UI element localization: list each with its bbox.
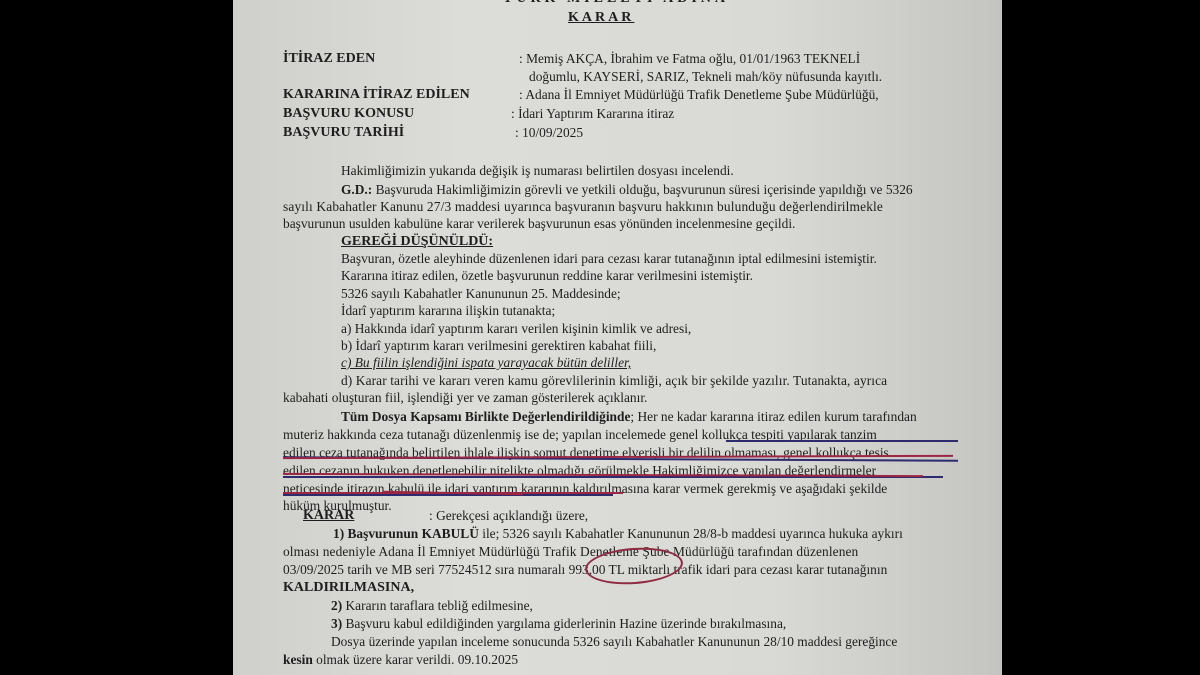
field-label-basvuru-konusu: BAŞVURU KONUSU (283, 106, 414, 122)
gd-label: G.D.: (341, 182, 372, 197)
ink-underline (283, 494, 613, 496)
field-value-itiraz-eden: : Memiş AKÇA, İbrahim ve Fatma oğlu, 01/… (519, 51, 860, 67)
gd-heading: GEREĞİ DÜŞÜNÜLDÜ: (341, 234, 493, 250)
closing-line-1: Dosya üzerinde yapılan inceleme sonucund… (331, 634, 897, 650)
body-line: kabahati oluşturan fiil, işlendiği yer v… (283, 390, 647, 406)
assessment-label: Tüm Dosya Kapsamı Birlikte Değerlendiril… (341, 409, 630, 424)
document-page: TÜRK MİLLETİ ADINA KARAR İTİRAZ EDEN : M… (233, 0, 1002, 675)
field-value-basvuru-tarihi: : 10/09/2025 (515, 125, 583, 141)
closing-line-2: kesin olmak üzere karar verildi. 09.10.2… (283, 652, 518, 668)
gd-line-3: başvurunun usulden kabulüne karar verile… (283, 216, 795, 232)
body-line: d) Karar tarihi ve kararı veren kamu gör… (341, 373, 887, 389)
header-top: TÜRK MİLLETİ ADINA (503, 0, 729, 7)
assessment-line-1: Tüm Dosya Kapsamı Birlikte Değerlendiril… (341, 409, 917, 425)
field-value-basvuru-konusu: : İdari Yaptırım Kararına itiraz (511, 106, 674, 122)
body-line: c) Bu fiilin işlendiğini ispata yarayaca… (341, 355, 631, 371)
kaldirilmasina: KALDIRILMASINA, (283, 580, 414, 596)
kabulu: KABULÜ (422, 526, 479, 541)
ink-underline (726, 440, 958, 442)
body-line: Başvuran, özetle aleyhinde düzenlenen id… (341, 251, 877, 267)
gd-line-2: sayılı Kabahatler Kanunu 27/3 maddesi uy… (283, 199, 883, 215)
body-line: İdarî yaptırım kararına ilişkin tutanakt… (341, 303, 555, 319)
document-title: KARAR (568, 10, 634, 26)
karar-label: KARAR (303, 508, 354, 524)
field-label-itiraz-eden: İTİRAZ EDEN (283, 51, 375, 67)
body-line: b) İdarî yaptırım kararı verilmesini ger… (341, 338, 656, 354)
gd-paragraph: G.D.: Başvuruda Hakimliğimizin görevli v… (341, 182, 913, 198)
field-value-itiraz-eden-cont: doğumlu, KAYSERİ, SARIZ, Tekneli mah/köy… (529, 69, 882, 85)
body-line: Kararına itiraz edilen, özetle başvurunu… (341, 268, 753, 284)
field-value-itiraz-edilen: : Adana İl Emniyet Müdürlüğü Trafik Dene… (519, 87, 879, 103)
item-3: 3) Başvuru kabul edildiğinden yargılama … (331, 616, 786, 632)
intro-text: Hakimliğimizin yukarıda değişik iş numar… (341, 163, 734, 179)
field-label-itiraz-edilen: KARARINA İTİRAZ EDİLEN (283, 87, 470, 103)
field-label-basvuru-tarihi: BAŞVURU TARİHİ (283, 125, 404, 141)
karar-value: : Gerekçesi açıklandığı üzere, (429, 508, 588, 524)
body-line: 5326 sayılı Kabahatler Kanununun 25. Mad… (341, 286, 621, 302)
item-1-line-2: olması nedeniyle Adana İl Emniyet Müdürl… (283, 544, 858, 560)
item-2: 2) Kararın taraflara tebliğ edilmesine, (331, 598, 533, 614)
item-1-line-1: 1) Başvurunun KABULÜ ile; 5326 sayılı Ka… (333, 526, 903, 542)
body-line: a) Hakkında idarî yaptırım kararı verile… (341, 321, 691, 337)
